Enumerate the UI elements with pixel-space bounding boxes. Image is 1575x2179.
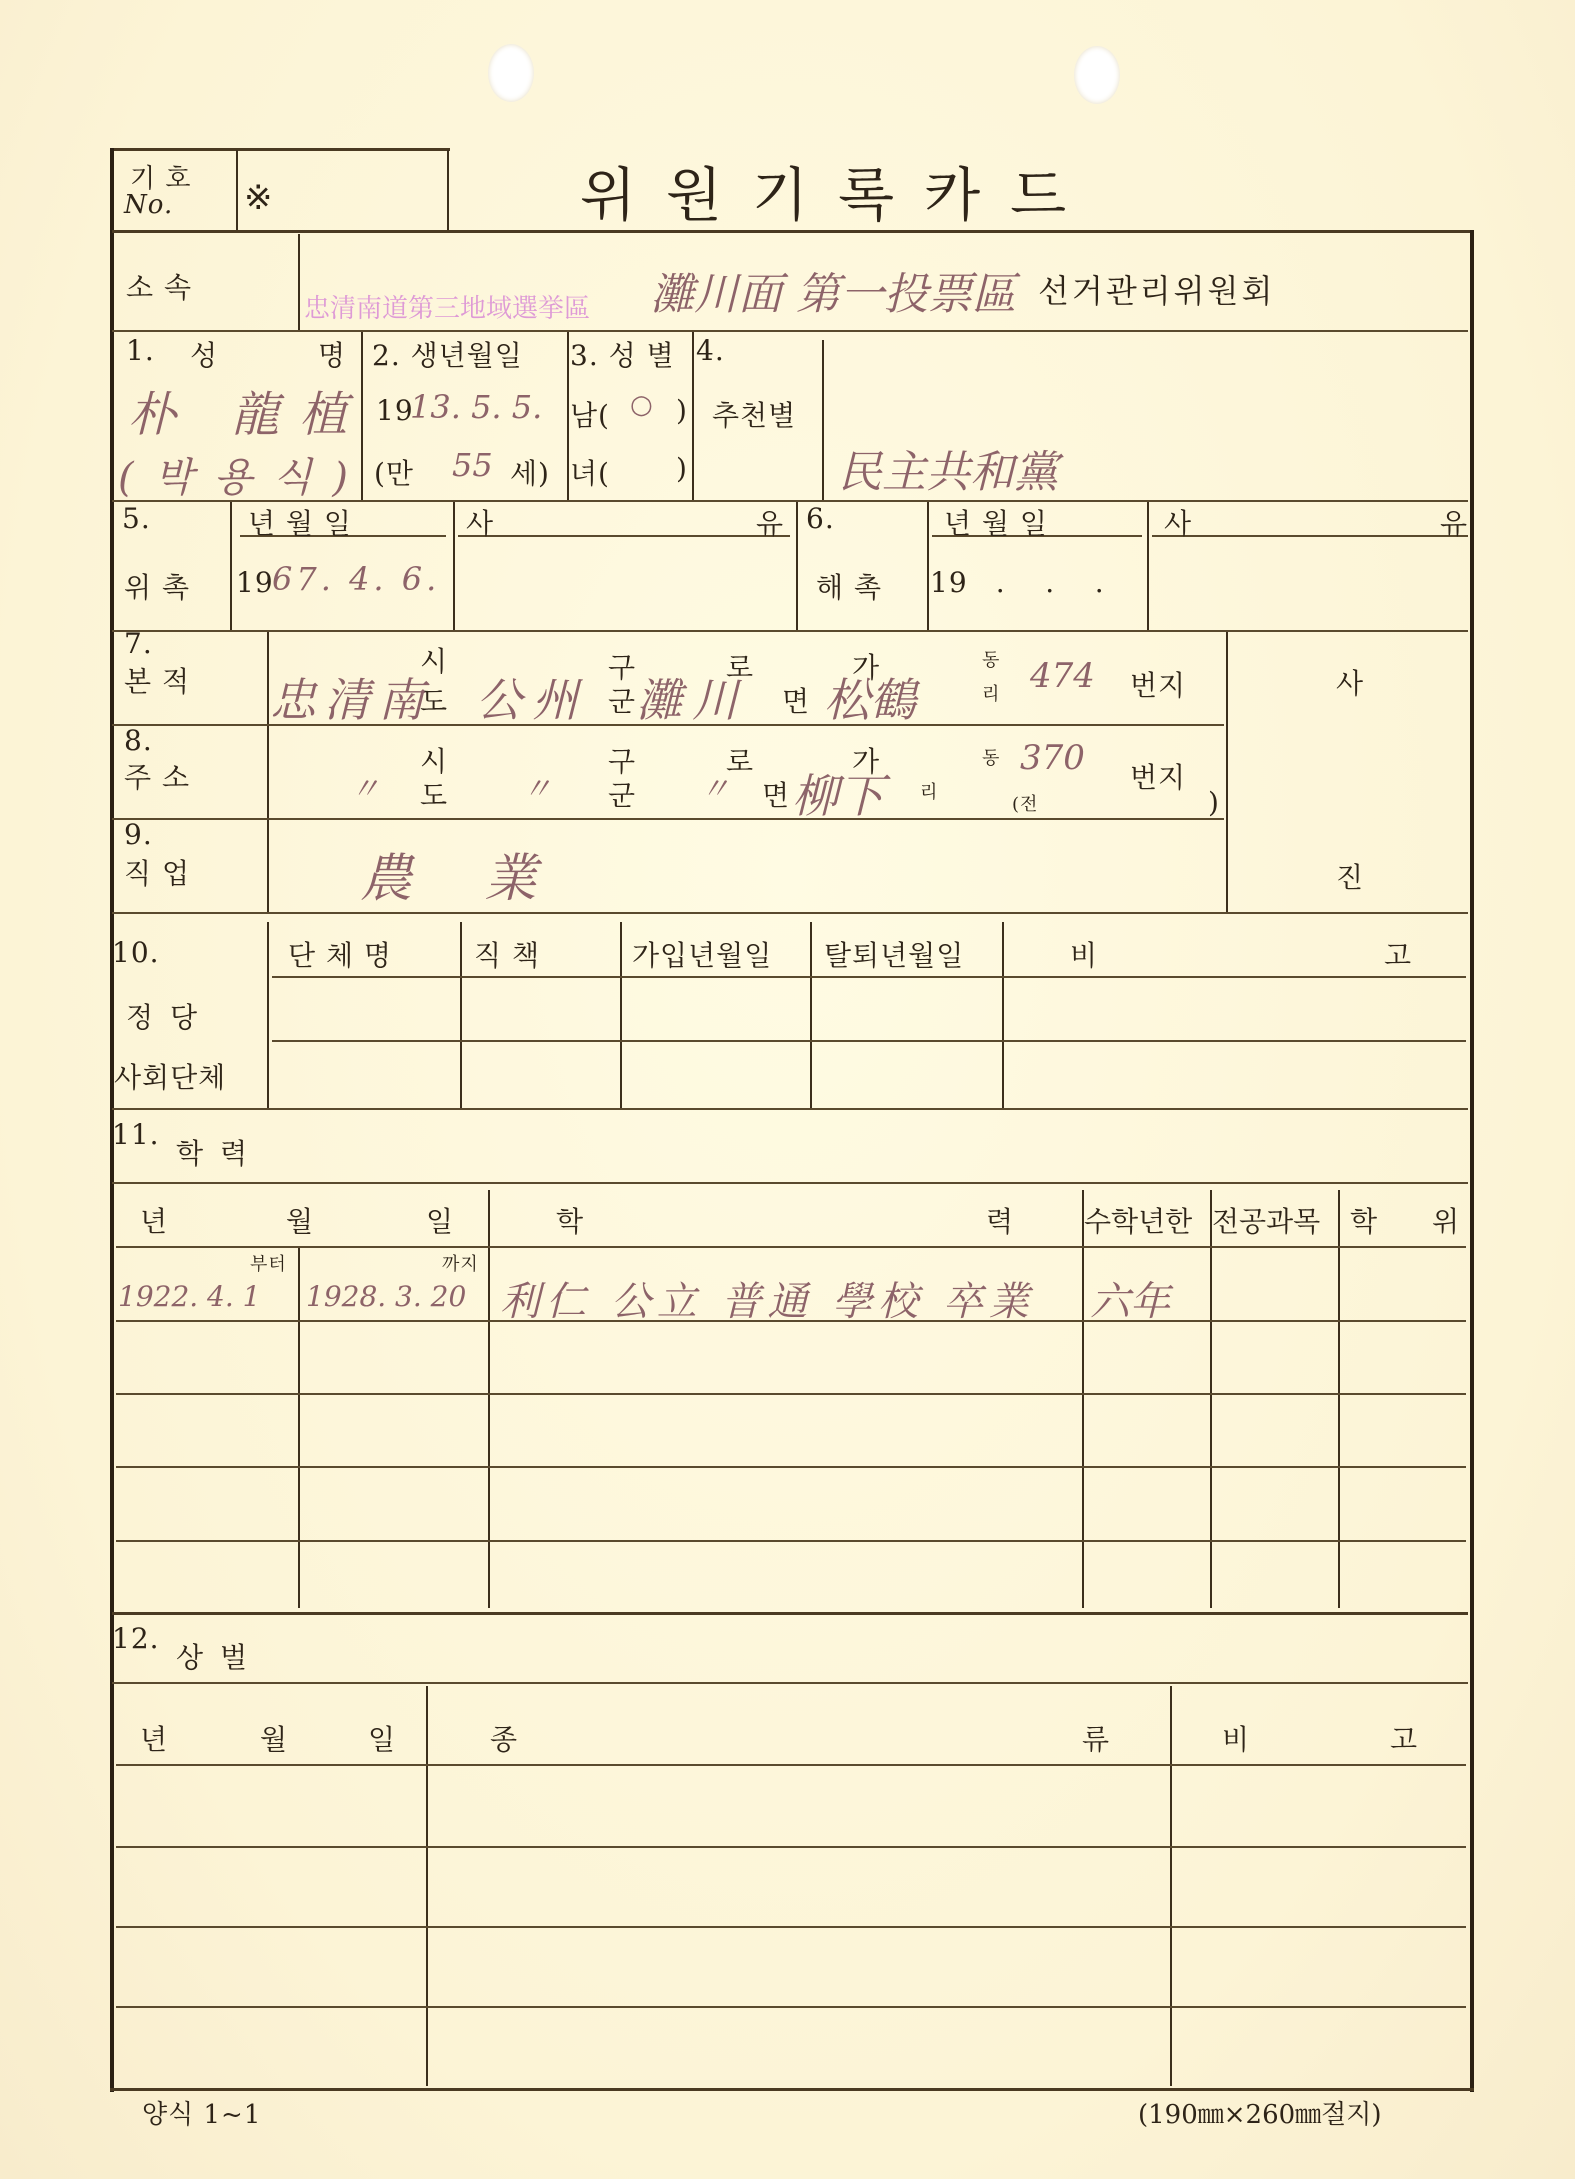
rule [1147,502,1149,630]
awards-label: 상 벌 [176,1636,251,1676]
sex-male-mark[interactable]: ○ [630,390,653,420]
awards-col-remarks-a: 비 [1222,1718,1250,1758]
affiliation-label: 소 속 [126,266,286,306]
paper-size-note: (190㎜×260㎜절지) [1138,2094,1382,2131]
rule [116,1466,1466,1468]
rule [112,1612,1468,1615]
rule [267,632,269,912]
rule [692,332,694,500]
party-label-a: 정 당 [126,996,201,1036]
rule [116,2006,1466,2008]
rule [112,1182,1468,1184]
party-col-join: 가입년월일 [632,934,772,974]
sex-male-close: ) [676,394,688,427]
party-col-remarks-a: 비 [1070,934,1098,974]
awards-row-3[interactable] [116,1930,1466,2004]
rule [116,1764,1466,1766]
rule [112,148,450,151]
affiliation-handwritten[interactable]: 灘川面 第一投票區 [650,258,1016,322]
edu-row-3[interactable] [116,1397,1466,1463]
job-label-num: 9. [124,818,153,851]
form-code: 양식 1~1 [142,2094,261,2131]
rule [116,1926,1466,1928]
rule [1152,535,1468,537]
dismiss-label: 해 촉 [816,566,882,606]
appoint-reason-field[interactable] [458,540,788,626]
rule [112,1108,1468,1110]
address-unit-ri: 리 [920,778,938,804]
rule [116,1846,1466,1848]
edu-col-degree-b: 위 [1432,1200,1460,1240]
address-unit-do: 도 [420,774,448,814]
punch-hole-left [488,44,534,102]
rule [230,502,232,630]
edu-col-degree-a: 학 [1350,1200,1378,1240]
domicile-unit-ga: 가 [852,646,880,686]
rule [112,330,1468,332]
edu-row1-school[interactable]: 利仁 公立 普通 學校 卒業 [500,1270,1035,1327]
recommend-label-num: 4. [696,334,725,367]
edu-col-school-a: 학 [556,1200,584,1240]
party-col-leave: 탈퇴년월일 [824,934,964,974]
appoint-reason-header-a: 사 [466,502,494,542]
age-suffix: 세) [510,452,550,492]
rule [116,1393,1466,1395]
domicile-unit-ro: 로 [726,646,754,686]
dismiss-label-num: 6. [806,502,835,535]
rule [298,234,300,330]
name-label-num: 1. [126,334,155,367]
address-lot[interactable]: 370 [1020,738,1085,778]
domicile-label: 본 적 [124,660,190,700]
form-title: 위원기록카드 [580,148,1096,232]
rule [236,150,238,230]
rule [458,535,790,537]
edu-label: 학 력 [176,1132,251,1172]
edu-to-label: 까지 [442,1250,479,1276]
phone-close: ) [1208,786,1220,819]
domicile-unit-gun: 군 [608,680,636,720]
domicile-unit-si: 시 [420,646,448,678]
rule [112,818,1224,820]
domicile-unit-do: 도 [420,680,448,720]
awards-col-day: 일 [368,1718,396,1758]
right-border [1470,230,1474,2092]
address-unit-ro: 로 [726,740,754,780]
bottom-border [110,2088,1474,2091]
job-value[interactable]: 農 業 [360,836,565,911]
rule [112,230,1472,233]
dismiss-date-header: 년 월 일 [944,502,1048,542]
address-unit-dong: 동 [982,744,1000,770]
domicile-province[interactable]: 忠清南 [270,664,432,730]
awards-col-type-b: 류 [1082,1718,1110,1758]
rule [927,502,929,630]
awards-col-remarks-b: 고 [1390,1718,1418,1758]
appoint-date-value[interactable]: 67. 4. 6. [272,560,440,598]
party-col-remarks-b: 고 [1384,934,1412,974]
rule [447,150,449,230]
rule [1226,632,1228,912]
edu-row-2[interactable] [116,1324,1466,1390]
address-unit-myeon: 면 [762,774,790,814]
sex-female-close: ) [676,452,688,485]
rule [567,332,569,500]
domicile-unit-ri: 리 [982,680,1000,706]
edu-row1-years[interactable]: 六年 [1090,1270,1170,1327]
party-row-2[interactable] [272,1044,1466,1106]
rule [272,1040,1466,1042]
domicile-unit-bunji: 번지 [1130,664,1186,704]
awards-col-month: 월 [260,1718,288,1758]
rule [112,630,1468,632]
appoint-reason-header-b: 유 [756,502,784,542]
age-value[interactable]: 55 [452,446,493,484]
address-county[interactable]: 〃 [522,764,552,808]
edu-row-4[interactable] [116,1470,1466,1536]
affiliation-suffix: 선거관리위원회 [1038,266,1275,312]
edu-col-year: 년 [140,1200,168,1240]
birth-value[interactable]: 13. 5. 5. [410,388,542,426]
address-unit-gun: 군 [608,774,636,814]
party-label-num: 10. [112,936,160,969]
rule [116,1540,1466,1542]
dismiss-reason-header-a: 사 [1164,502,1192,542]
appoint-label: 위 촉 [124,566,190,606]
rule [822,340,824,500]
address-label-num: 8. [124,724,153,757]
party-col-position: 직 책 [474,934,540,974]
sex-label: 3. 성 별 [570,334,675,374]
edu-col-years: 수학년한 [1084,1200,1192,1240]
domicile-unit-myeon: 면 [782,680,810,720]
rule [267,922,269,1108]
sex-male-label: 남( [570,394,610,434]
edu-label-num: 11. [112,1118,160,1151]
punch-hole-right [1074,46,1120,104]
no-label-en: No. [124,190,173,220]
recommend-label: 추천별 [712,394,796,434]
dismiss-date-prefix: 19 [930,566,968,599]
appoint-date-header: 년 월 일 [248,502,352,542]
rule [112,1682,1468,1684]
party-row-1[interactable] [272,980,1466,1038]
dismiss-reason-header-b: 유 [1440,502,1468,542]
edu-row-5[interactable] [116,1544,1466,1608]
awards-col-type-a: 종 [490,1718,518,1758]
edu-row1-to[interactable]: 1928. 3. 20 [306,1280,466,1313]
dismiss-reason-field[interactable] [1152,540,1466,626]
edu-col-day: 일 [426,1200,454,1240]
awards-row-4[interactable] [116,2010,1466,2086]
no-value-field[interactable]: ※ [244,178,274,218]
awards-row-2[interactable] [116,1850,1466,1924]
awards-col-year: 년 [140,1718,168,1758]
address-unit-bunji: 번지 [1130,756,1186,796]
name-label-b: 명 [318,334,346,374]
recommend-value[interactable]: 民主共和黨 [838,436,1058,500]
party-label-b: 사회단체 [114,1056,226,1096]
rule [272,976,1466,978]
rule [112,912,1468,914]
name-hanja-value[interactable]: 朴 龍植 [128,376,367,445]
domicile-lot[interactable]: 474 [1030,656,1095,696]
rule [796,502,798,630]
awards-label-num: 12. [112,1622,160,1655]
rule [116,1246,1466,1248]
party-col-name: 단 체 명 [288,934,392,974]
photo-label-top: 사 [1336,662,1364,702]
domicile-label-num: 7. [124,630,153,658]
birth-label: 2. 생년월일 [372,334,523,374]
name-hangul-value[interactable]: ( 박 용 식 ) [118,446,352,503]
birth-prefix: 19 [376,394,414,427]
address-label: 주 소 [124,756,190,796]
affiliation-stamp: 忠清南道第三地域選挙區 [304,288,590,325]
appoint-label-num: 5. [122,502,151,535]
phone-open: (전 [1012,790,1038,816]
edu-col-school-b: 력 [986,1200,1014,1240]
sex-female-label: 녀( [570,452,610,492]
domicile-unit-dong: 동 [982,646,1000,672]
edu-col-month: 월 [286,1200,314,1240]
edu-from-label: 부터 [250,1250,287,1276]
edu-col-major: 전공과목 [1212,1200,1320,1240]
age-prefix: (만 [374,452,414,492]
name-label-a: 성 [190,334,218,374]
photo-label-bottom: 진 [1336,856,1364,896]
awards-row-1[interactable] [116,1768,1466,1844]
appoint-date-prefix: 19 [236,566,274,599]
rule [453,502,455,630]
dismiss-date-value[interactable]: . . . [966,566,1105,599]
address-unit-ga: 가 [852,740,880,780]
job-label: 직 업 [124,852,190,892]
address-province[interactable]: 〃 [350,764,380,808]
edu-row1-from[interactable]: 1922. 4. 1 [118,1280,261,1313]
domicile-county[interactable]: 公州 [476,664,588,730]
